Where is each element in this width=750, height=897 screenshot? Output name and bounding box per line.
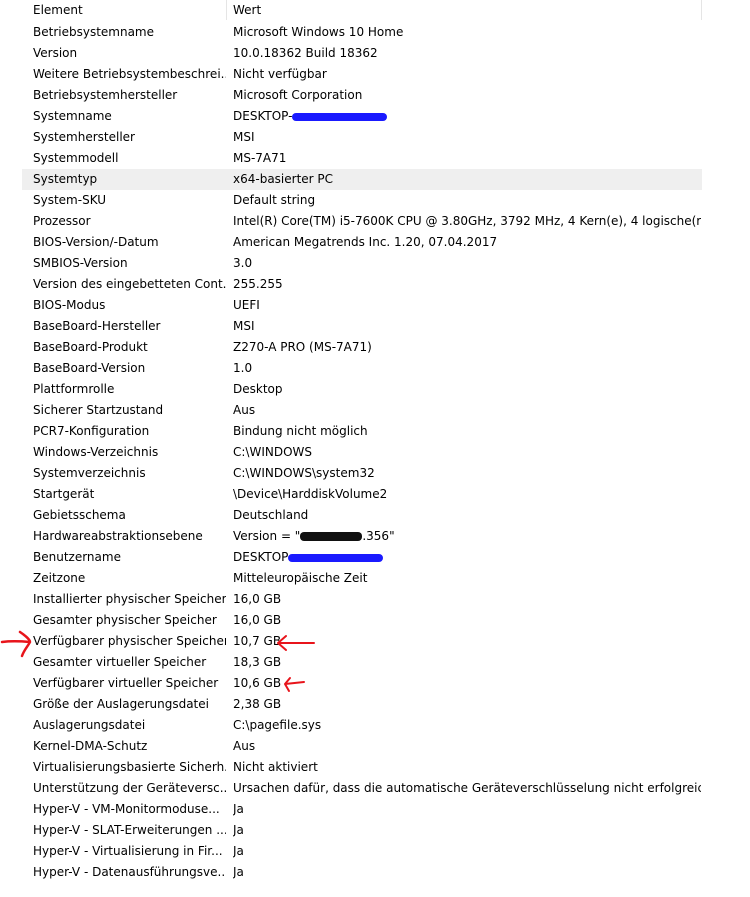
value-cell: 1.0 [233, 358, 701, 379]
value-cell: Nicht verfügbar [233, 64, 701, 85]
value-text: C:\pagefile.sys [233, 718, 321, 732]
element-cell: Sicherer Startzustand [33, 400, 226, 421]
list-item[interactable]: Gesamter physischer Speicher16,0 GB [0, 610, 750, 631]
system-info-list: BetriebsystemnameMicrosoft Windows 10 Ho… [0, 22, 750, 883]
value-text: UEFI [233, 298, 260, 312]
list-item[interactable]: Installierter physischer Speicher...16,0… [0, 589, 750, 610]
element-cell: BaseBoard-Version [33, 358, 226, 379]
element-cell: BIOS-Modus [33, 295, 226, 316]
value-text: MSI [233, 130, 255, 144]
list-item[interactable]: SystemnameDESKTOP- [0, 106, 750, 127]
element-cell: Unterstützung der Geräteversc... [33, 778, 226, 799]
list-item[interactable]: SystemmodellMS-7A71 [0, 148, 750, 169]
value-cell: Deutschland [233, 505, 701, 526]
element-cell: Benutzername [33, 547, 226, 568]
value-cell: Ja [233, 862, 701, 883]
list-item[interactable]: Startgerät\Device\HarddiskVolume2 [0, 484, 750, 505]
element-cell: Hyper-V - Datenausführungsve... [33, 862, 226, 883]
value-cell: Microsoft Corporation [233, 85, 701, 106]
value-cell: Aus [233, 736, 701, 757]
element-cell: Betriebsystemhersteller [33, 85, 226, 106]
list-item[interactable]: Verfügbarer physischer Speicher10,7 GB [0, 631, 750, 652]
element-cell: Zeitzone [33, 568, 226, 589]
value-text: Nicht verfügbar [233, 67, 327, 81]
list-item[interactable]: Hyper-V - VM-Monitormoduse...Ja [0, 799, 750, 820]
value-suffix: .356" [362, 529, 394, 543]
list-item[interactable]: Kernel-DMA-SchutzAus [0, 736, 750, 757]
column-header-value[interactable]: Wert [233, 2, 261, 18]
value-cell: C:\pagefile.sys [233, 715, 701, 736]
element-cell: System-SKU [33, 190, 226, 211]
value-text: Bindung nicht möglich [233, 424, 368, 438]
value-text: American Megatrends Inc. 1.20, 07.04.201… [233, 235, 497, 249]
value-text: Microsoft Windows 10 Home [233, 25, 403, 39]
value-text: Aus [233, 403, 255, 417]
list-item[interactable]: Hyper-V - Virtualisierung in Fir...Ja [0, 841, 750, 862]
value-cell: DESKTOP [233, 547, 701, 568]
element-cell: Betriebsystemname [33, 22, 226, 43]
element-cell: Systemname [33, 106, 226, 127]
value-cell: 2,38 GB [233, 694, 701, 715]
list-item[interactable]: SMBIOS-Version3.0 [0, 253, 750, 274]
column-resize-handle[interactable] [226, 0, 227, 20]
element-cell: Startgerät [33, 484, 226, 505]
element-cell: Weitere Betriebsystembeschrei... [33, 64, 226, 85]
redaction-mark [292, 113, 387, 121]
value-cell: Ja [233, 799, 701, 820]
value-text: 10,6 GB [233, 676, 281, 690]
value-cell: Microsoft Windows 10 Home [233, 22, 701, 43]
element-cell: Prozessor [33, 211, 226, 232]
list-item[interactable]: AuslagerungsdateiC:\pagefile.sys [0, 715, 750, 736]
list-item[interactable]: Größe der Auslagerungsdatei2,38 GB [0, 694, 750, 715]
value-text: Ursachen dafür, dass die automatische Ge… [233, 781, 701, 795]
value-cell: 10.0.18362 Build 18362 [233, 43, 701, 64]
list-item[interactable]: BaseBoard-HerstellerMSI [0, 316, 750, 337]
list-item[interactable]: BenutzernameDESKTOP [0, 547, 750, 568]
value-text: 1.0 [233, 361, 252, 375]
value-cell: Ursachen dafür, dass die automatische Ge… [233, 778, 701, 799]
value-text: C:\WINDOWS\system32 [233, 466, 375, 480]
value-cell: Mitteleuropäische Zeit [233, 568, 701, 589]
value-text: \Device\HarddiskVolume2 [233, 487, 387, 501]
value-text: 10,7 GB [233, 634, 281, 648]
element-cell: Größe der Auslagerungsdatei [33, 694, 226, 715]
value-text: 2,38 GB [233, 697, 281, 711]
value-text: Nicht aktiviert [233, 760, 318, 774]
value-cell: Version = ".356" [233, 526, 701, 547]
list-item[interactable]: ZeitzoneMitteleuropäische Zeit [0, 568, 750, 589]
value-cell: UEFI [233, 295, 701, 316]
list-item[interactable]: PCR7-KonfigurationBindung nicht möglich [0, 421, 750, 442]
value-cell: 18,3 GB [233, 652, 701, 673]
value-text: Version = " [233, 529, 300, 543]
value-cell: Default string [233, 190, 701, 211]
value-cell: 10,6 GB [233, 673, 701, 694]
element-cell: BIOS-Version/-Datum [33, 232, 226, 253]
value-cell: 16,0 GB [233, 610, 701, 631]
redaction-mark [300, 532, 362, 541]
element-cell: Kernel-DMA-Schutz [33, 736, 226, 757]
element-cell: Hyper-V - VM-Monitormoduse... [33, 799, 226, 820]
value-cell: MSI [233, 316, 701, 337]
value-text: 10.0.18362 Build 18362 [233, 46, 378, 60]
value-text: Default string [233, 193, 315, 207]
element-cell: BaseBoard-Produkt [33, 337, 226, 358]
list-item[interactable]: ProzessorIntel(R) Core(TM) i5-7600K CPU … [0, 211, 750, 232]
value-text: 3.0 [233, 256, 252, 270]
value-cell: MS-7A71 [233, 148, 701, 169]
list-item[interactable]: Sicherer StartzustandAus [0, 400, 750, 421]
column-header-element[interactable]: Element [33, 2, 83, 18]
list-item[interactable]: Windows-VerzeichnisC:\WINDOWS [0, 442, 750, 463]
list-item[interactable]: Version10.0.18362 Build 18362 [0, 43, 750, 64]
element-cell: Verfügbarer physischer Speicher [33, 631, 226, 652]
list-item[interactable]: GebietsschemaDeutschland [0, 505, 750, 526]
redaction-mark [288, 554, 383, 562]
list-item[interactable]: SystemherstellerMSI [0, 127, 750, 148]
list-item[interactable]: Hyper-V - SLAT-Erweiterungen ...Ja [0, 820, 750, 841]
value-cell: 16,0 GB [233, 589, 701, 610]
value-text: Ja [233, 802, 244, 816]
value-text: DESKTOP- [233, 109, 292, 123]
value-cell: Aus [233, 400, 701, 421]
list-item[interactable]: Gesamter virtueller Speicher18,3 GB [0, 652, 750, 673]
list-item[interactable]: Hyper-V - Datenausführungsve...Ja [0, 862, 750, 883]
value-text: Ja [233, 823, 244, 837]
element-cell: Systemverzeichnis [33, 463, 226, 484]
element-cell: SMBIOS-Version [33, 253, 226, 274]
value-cell: Bindung nicht möglich [233, 421, 701, 442]
list-item[interactable]: BaseBoard-Version1.0 [0, 358, 750, 379]
value-text: Mitteleuropäische Zeit [233, 571, 367, 585]
list-item[interactable]: BaseBoard-ProduktZ270-A PRO (MS-7A71) [0, 337, 750, 358]
value-cell: C:\WINDOWS [233, 442, 701, 463]
value-text: x64-basierter PC [233, 172, 333, 186]
list-item[interactable]: BIOS-ModusUEFI [0, 295, 750, 316]
value-cell: \Device\HarddiskVolume2 [233, 484, 701, 505]
value-text: 16,0 GB [233, 592, 281, 606]
value-cell: Nicht aktiviert [233, 757, 701, 778]
value-cell: Ja [233, 820, 701, 841]
value-text: C:\WINDOWS [233, 445, 312, 459]
element-cell: Virtualisierungsbasierte Sicherh... [33, 757, 226, 778]
value-cell: DESKTOP- [233, 106, 701, 127]
list-item[interactable]: Systemtypx64-basierter PC [0, 169, 750, 190]
list-item[interactable]: BetriebsystemherstellerMicrosoft Corpora… [0, 85, 750, 106]
value-cell: Desktop [233, 379, 701, 400]
list-item[interactable]: BIOS-Version/-DatumAmerican Megatrends I… [0, 232, 750, 253]
list-item[interactable]: Verfügbarer virtueller Speicher10,6 GB [0, 673, 750, 694]
value-text: Aus [233, 739, 255, 753]
value-text: DESKTOP [233, 550, 288, 564]
value-text: MSI [233, 319, 255, 333]
element-cell: Systemmodell [33, 148, 226, 169]
value-text: Ja [233, 865, 244, 879]
value-cell: MSI [233, 127, 701, 148]
element-cell: Installierter physischer Speicher... [33, 589, 226, 610]
list-item[interactable]: SystemverzeichnisC:\WINDOWS\system32 [0, 463, 750, 484]
value-cell: Ja [233, 841, 701, 862]
element-cell: Gesamter virtueller Speicher [33, 652, 226, 673]
value-text: 255.255 [233, 277, 283, 291]
value-cell: 10,7 GB [233, 631, 701, 652]
element-cell: Systemtyp [33, 169, 226, 190]
value-cell: x64-basierter PC [233, 169, 701, 190]
value-text: Z270-A PRO (MS-7A71) [233, 340, 372, 354]
element-cell: PCR7-Konfiguration [33, 421, 226, 442]
element-cell: Gebietsschema [33, 505, 226, 526]
list-item[interactable]: Weitere Betriebsystembeschrei...Nicht ve… [0, 64, 750, 85]
list-header: Element Wert [0, 0, 750, 21]
value-text: 18,3 GB [233, 655, 281, 669]
list-item[interactable]: Version des eingebetteten Cont...255.255 [0, 274, 750, 295]
element-cell: Plattformrolle [33, 379, 226, 400]
value-text: Deutschland [233, 508, 308, 522]
list-item[interactable]: System-SKUDefault string [0, 190, 750, 211]
value-text: Desktop [233, 382, 283, 396]
value-cell: C:\WINDOWS\system32 [233, 463, 701, 484]
element-cell: Version des eingebetteten Cont... [33, 274, 226, 295]
column-resize-handle[interactable] [701, 0, 702, 20]
element-cell: Systemhersteller [33, 127, 226, 148]
element-cell: Hyper-V - Virtualisierung in Fir... [33, 841, 226, 862]
element-cell: BaseBoard-Hersteller [33, 316, 226, 337]
list-item[interactable]: Unterstützung der Geräteversc...Ursachen… [0, 778, 750, 799]
element-cell: Version [33, 43, 226, 64]
value-text: Intel(R) Core(TM) i5-7600K CPU @ 3.80GHz… [233, 214, 701, 228]
element-cell: Gesamter physischer Speicher [33, 610, 226, 631]
value-text: 16,0 GB [233, 613, 281, 627]
list-item[interactable]: BetriebsystemnameMicrosoft Windows 10 Ho… [0, 22, 750, 43]
value-text: Ja [233, 844, 244, 858]
element-cell: Windows-Verzeichnis [33, 442, 226, 463]
value-cell: 3.0 [233, 253, 701, 274]
list-item[interactable]: PlattformrolleDesktop [0, 379, 750, 400]
element-cell: Hardwareabstraktionsebene [33, 526, 226, 547]
element-cell: Auslagerungsdatei [33, 715, 226, 736]
list-item[interactable]: Virtualisierungsbasierte Sicherh...Nicht… [0, 757, 750, 778]
value-cell: Intel(R) Core(TM) i5-7600K CPU @ 3.80GHz… [233, 211, 701, 232]
value-cell: 255.255 [233, 274, 701, 295]
value-text: Microsoft Corporation [233, 88, 362, 102]
value-cell: Z270-A PRO (MS-7A71) [233, 337, 701, 358]
element-cell: Hyper-V - SLAT-Erweiterungen ... [33, 820, 226, 841]
element-cell: Verfügbarer virtueller Speicher [33, 673, 226, 694]
value-text: MS-7A71 [233, 151, 286, 165]
list-item[interactable]: HardwareabstraktionsebeneVersion = ".356… [0, 526, 750, 547]
value-cell: American Megatrends Inc. 1.20, 07.04.201… [233, 232, 701, 253]
